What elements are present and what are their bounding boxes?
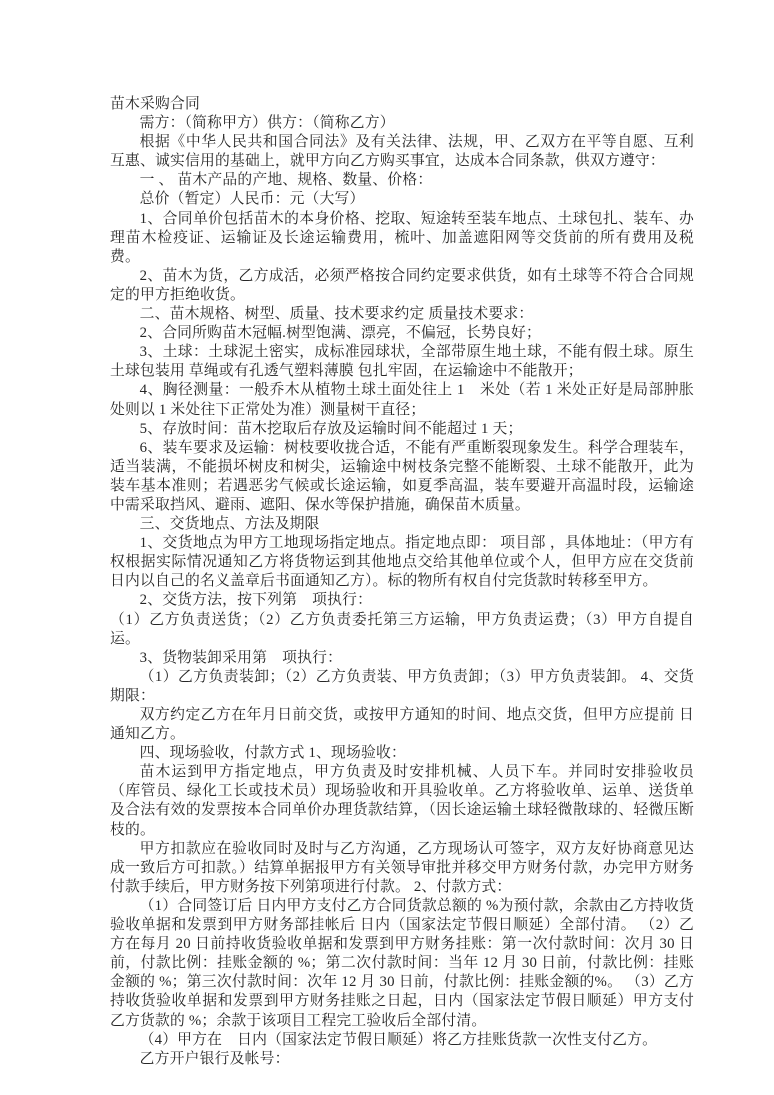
clause-4-2-option-4: （4）甲方在 日内（国家法定节假日顺延）将乙方挂账货款一次性支付乙方。 bbox=[110, 1031, 694, 1050]
clause-4-1-deduction: 甲方扣款应在验收同时及时与乙方沟通，乙方现场认可签字，双方友好协商意见达成一致后… bbox=[110, 840, 694, 897]
clause-3-2: 2、交货方法，按下列第 项执行： bbox=[110, 591, 694, 610]
section-1-heading: 一 、 苗木产品的产地、规格、数量、价格： bbox=[110, 171, 694, 190]
bank-account-line: 乙方开户银行及帐号： bbox=[110, 1050, 694, 1069]
clause-3-3: 3、货物装卸采用第 项执行： bbox=[110, 649, 694, 668]
clause-2-2: 2、合同所购苗木冠幅.树型饱满、漂亮，不偏冠，长势良好； bbox=[110, 324, 694, 343]
section-2-heading: 二、苗木规格、树型、质量、技术要求约定 质量技术要求： bbox=[110, 305, 694, 324]
clause-2-4: 4、胸径测量：一般乔木从植物土球土面处往上 1 米处（若 1 米处正好是局部肿胀… bbox=[110, 381, 694, 419]
clause-3-4-delivery-term: 双方约定乙方在年月日前交货，或按甲方通知的时间、地点交货，但甲方应提前 日通知乙… bbox=[110, 706, 694, 744]
parties-line: 需方：（简称甲方）供方：（简称乙方） bbox=[110, 114, 694, 133]
contract-body: 苗木采购合同 需方：（简称甲方）供方：（简称乙方）根据《中华人民共和国合同法》及… bbox=[110, 95, 694, 1069]
clause-2-5: 5、存放时间：苗木挖取后存放及运输时间不能超过 1 天； bbox=[110, 420, 694, 439]
total-price-line: 总价（暂定）人民币：元（大写） bbox=[110, 190, 694, 209]
section-3-heading: 三、交货地点、方法及期限 bbox=[110, 515, 694, 534]
clause-2-6: 6、装车要求及运输：树枝要收拢合适，不能有严重断裂现象发生。科学合理装车，适当装… bbox=[110, 439, 694, 515]
clause-1-2: 2、苗木为货，乙方成活，必须严格按合同约定要求供货，如有土球等不符合合同规定的甲… bbox=[110, 267, 694, 305]
clause-4-1-acceptance: 苗木运到甲方指定地点，甲方负责及时安排机械、人员下车。并同时安排验收员（库管员、… bbox=[110, 763, 694, 839]
clause-4-2-payment-options: （1）合同签订后 日内甲方支付乙方合同货款总额的 %为预付款，余款由乙方持收货验… bbox=[110, 897, 694, 1031]
clause-1-1: 1、合同单价包括苗木的本身价格、挖取、短途转至装车地点、土球包扎、装车、办理苗木… bbox=[110, 210, 694, 267]
clause-2-3: 3、土球：土球泥土密实，成标准园球状，全部带原生地土球，不能有假土球。原生土球包… bbox=[110, 343, 694, 381]
clause-3-3-options: （1）乙方负责装卸；（2）乙方负责装、甲方负责卸；（3）甲方负责装卸。 4、交货… bbox=[110, 668, 694, 706]
document-page: 苗木采购合同 需方：（简称甲方）供方：（简称乙方）根据《中华人民共和国合同法》及… bbox=[0, 0, 774, 1095]
clause-3-1: 1、交货地点为甲方工地现场指定地点。指定地点即： 项目部 ，具体地址：（甲方有权… bbox=[110, 534, 694, 591]
document-title: 苗木采购合同 bbox=[110, 95, 694, 114]
preamble: 根据《中华人民共和国合同法》及有关法律、法规，甲、乙双方在平等自愿、互利互惠、诚… bbox=[110, 133, 694, 171]
clause-3-2-options: （1）乙方负责送货；（2）乙方负责委托第三方运输，甲方负责运费；（3）甲方自提自… bbox=[110, 611, 694, 649]
section-4-heading: 四、现场验收，付款方式 1、现场验收： bbox=[110, 744, 694, 763]
